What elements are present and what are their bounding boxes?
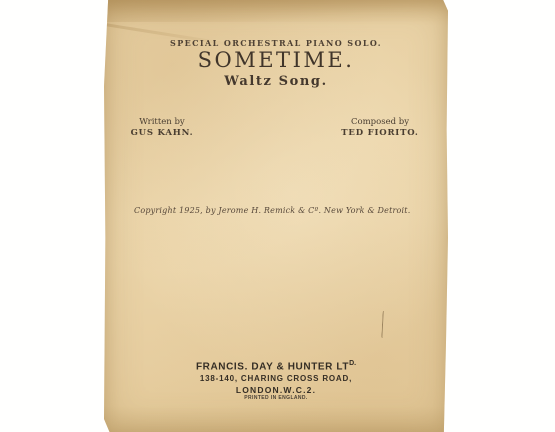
publisher-address: 138-140, CHARING CROSS ROAD,: [104, 375, 448, 383]
composer-role-label: Composed by: [324, 117, 436, 128]
publisher-name: FRANCIS. DAY & HUNTER LTD.: [104, 360, 448, 372]
printed-in-england-line: PRINTED IN ENGLAND.: [104, 396, 448, 401]
publisher-block: FRANCIS. DAY & HUNTER LTD. 138-140, CHAR…: [104, 360, 448, 401]
publisher-city: LONDON.W.C.2.: [104, 386, 448, 395]
writer-credit: Written by GUS KAHN.: [106, 117, 218, 140]
page-title: SOMETIME.: [104, 48, 448, 72]
composer-name: TED FIORITO.: [324, 128, 436, 139]
paper-scratch-mark: [381, 311, 385, 338]
publisher-name-suffix: D.: [349, 360, 356, 367]
sheet-music-cover-page: SPECIAL ORCHESTRAL PIANO SOLO. SOMETIME.…: [104, 0, 448, 432]
composer-credit: Composed by TED FIORITO.: [324, 117, 436, 140]
writer-name: GUS KAHN.: [106, 128, 218, 139]
copyright-notice: Copyright 1925, by Jerome H. Remick & Cº…: [134, 206, 424, 215]
paper-bottom-shading: [104, 406, 448, 432]
page-subtitle: Waltz Song.: [104, 74, 448, 89]
series-heading: SPECIAL ORCHESTRAL PIANO SOLO.: [104, 38, 448, 48]
paper-top-crease: [104, 0, 448, 22]
publisher-name-text: FRANCIS. DAY & HUNTER LT: [196, 361, 349, 372]
writer-role-label: Written by: [106, 117, 218, 128]
